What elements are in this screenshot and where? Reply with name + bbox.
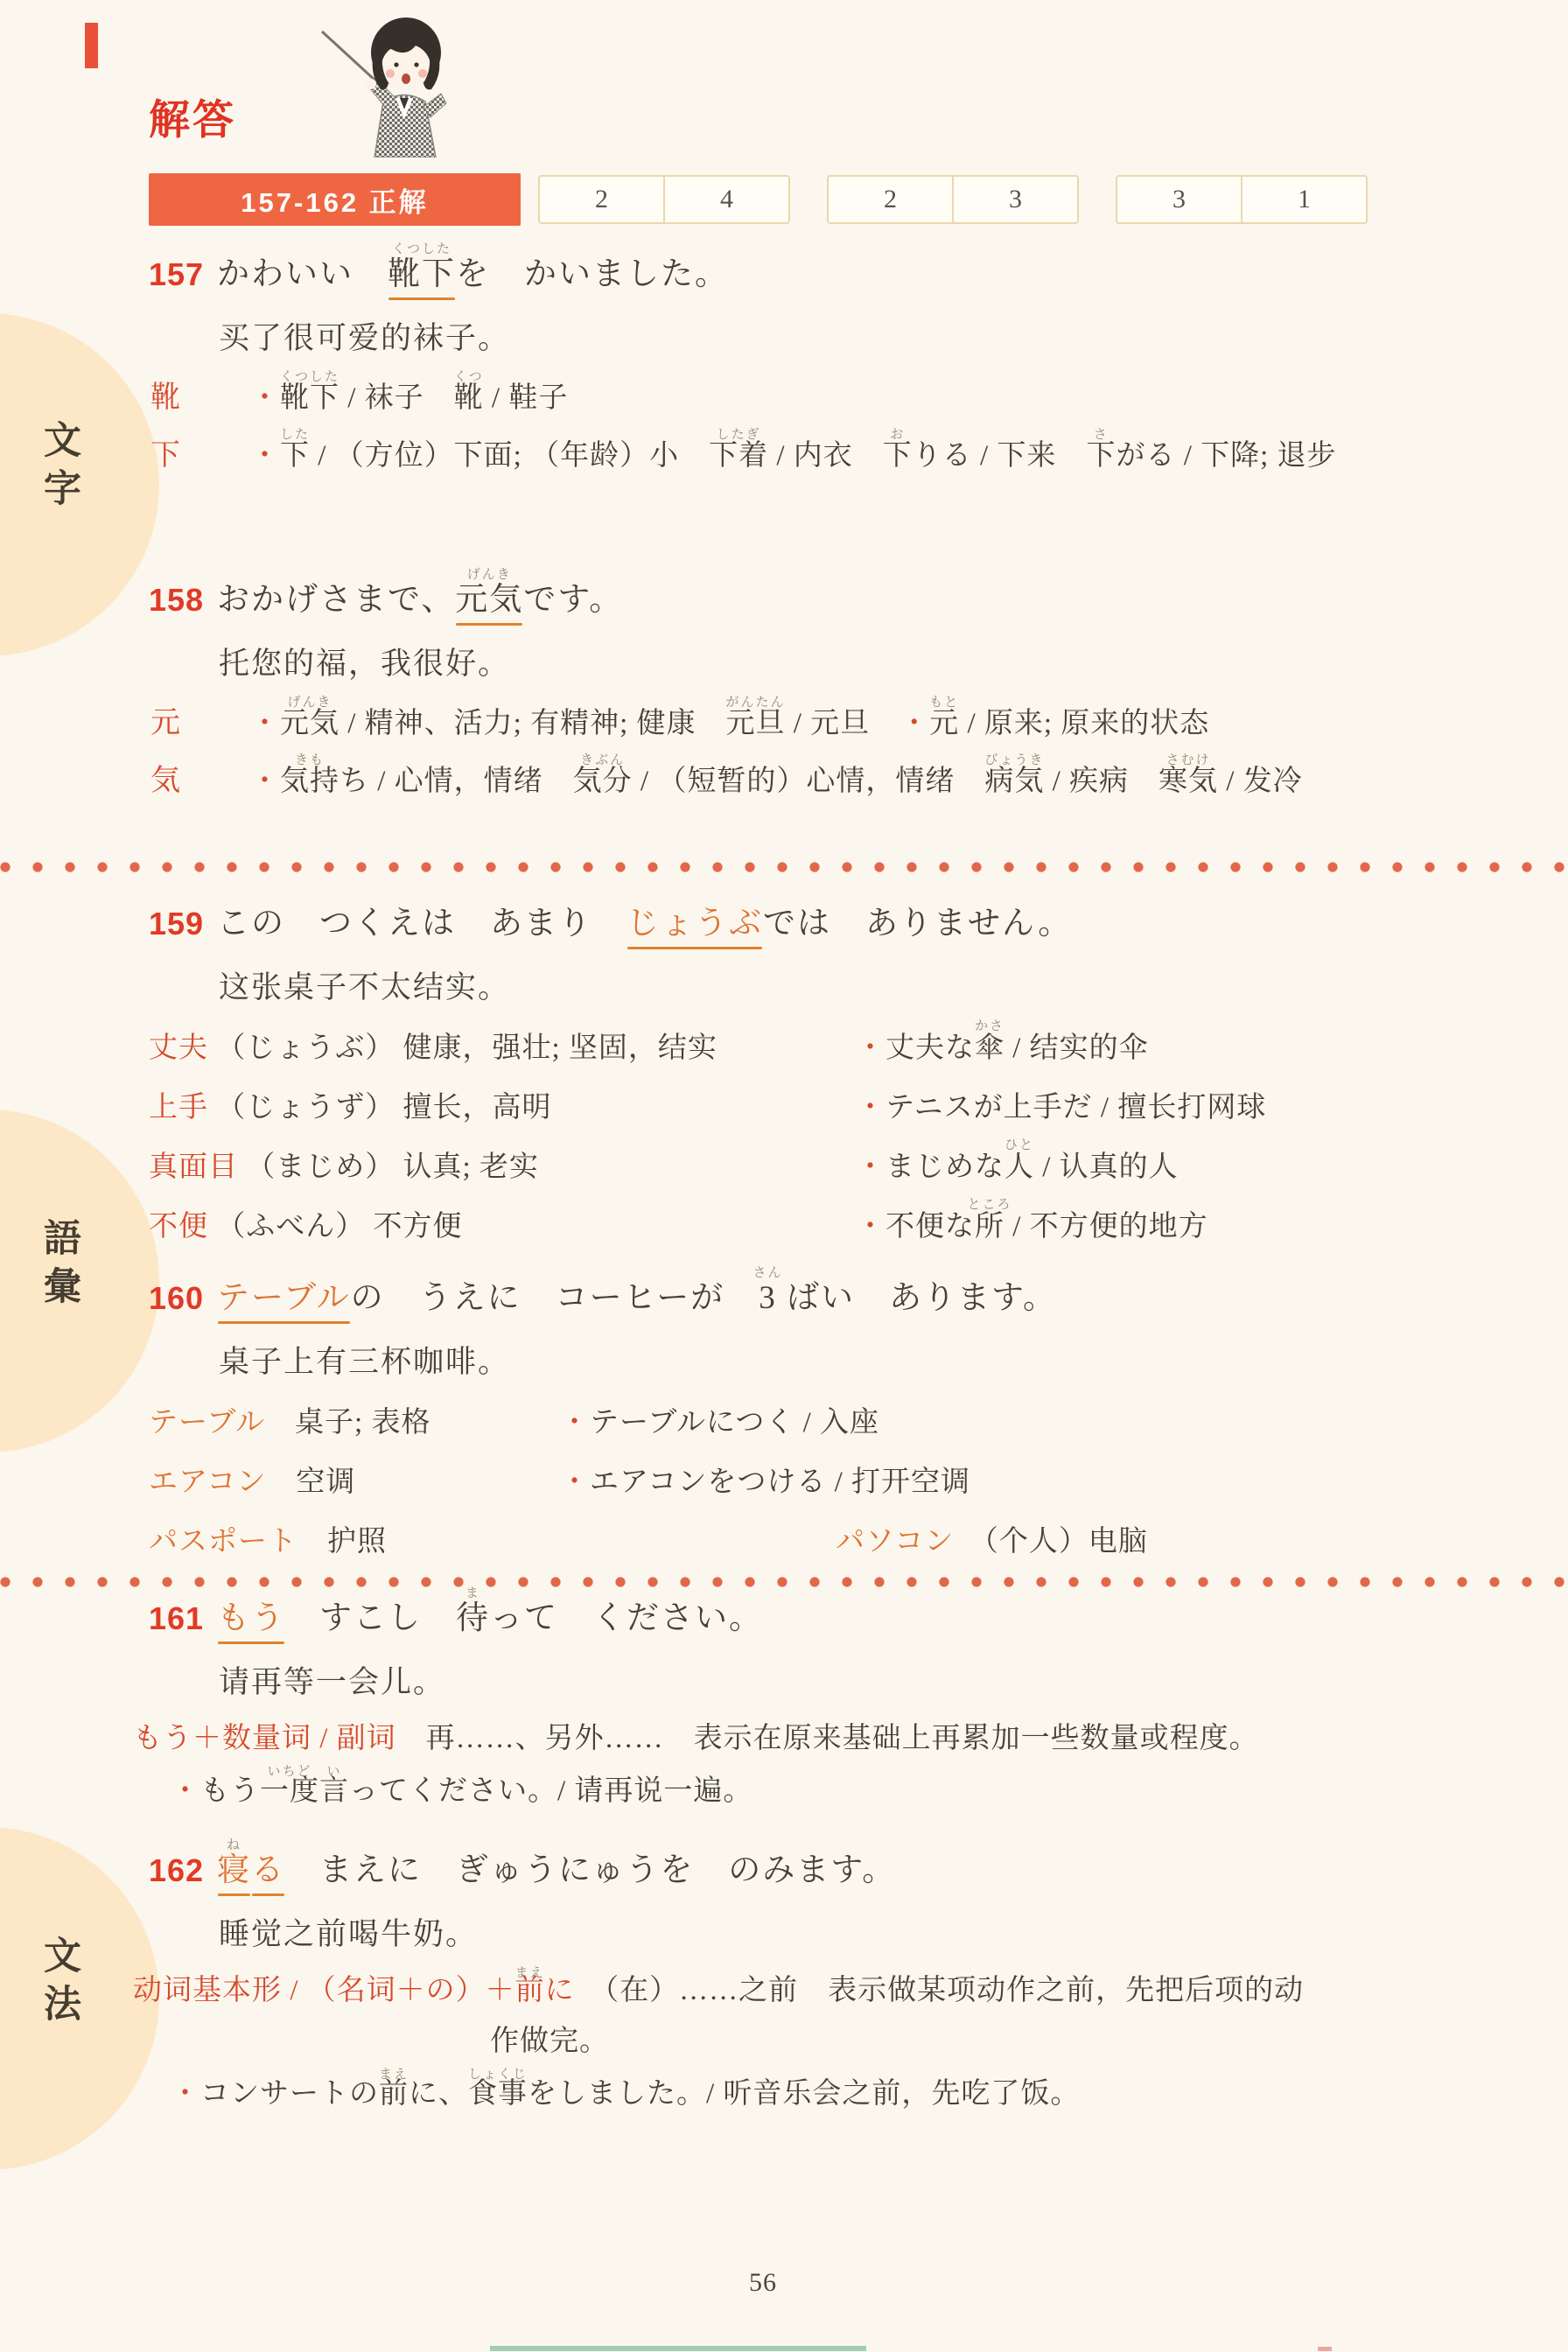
text-segment: エアコンをつける / 打开空调	[590, 1452, 970, 1512]
text-segment-with-furigana: しょくじ食事	[468, 2067, 528, 2121]
text-segment: 上手	[149, 1078, 208, 1137]
text-segment: に、	[409, 2067, 468, 2121]
text-row: 请再等一会儿。	[0, 1652, 1568, 1713]
text-segment: 托您的福，我很好。	[219, 633, 510, 695]
furigana: くつした	[280, 371, 339, 384]
furigana: いちど	[267, 1766, 311, 1779]
text-segment-with-furigana: い言	[319, 1764, 349, 1818]
text-segment: パソコン	[836, 1512, 954, 1571]
example-column: ・まじめなひと人 / 认真的人	[856, 1137, 1179, 1197]
answer-box-group: 31	[1116, 175, 1368, 224]
answer-section-161: 161もう すこし ま待って ください。请再等一会儿。もう＋数量词 / 副词 再…	[0, 1585, 1568, 1818]
text-segment: では ありません。	[763, 891, 1072, 957]
text-row: 元・げんき元気 / 精神、活力; 有精神; 健康 がんたん元旦 / 元旦 ・もと…	[0, 695, 1568, 752]
example-column: ・テニスが上手だ / 擅长打网球	[856, 1078, 1266, 1137]
text-row: もう＋数量词 / 副词 再……、另外…… 表示在原来基础上再累加一些数量或程度。	[0, 1713, 1568, 1764]
text-segment: / 原来; 原来的状态	[959, 695, 1209, 752]
text-segment: テーブル	[217, 1265, 351, 1332]
furigana: もと	[929, 696, 959, 710]
text-row: ・コンサートのまえ前に、しょくじ食事をしました。/ 听音乐会之前，先吃了饭。	[0, 2067, 1568, 2121]
text-row: 托您的福，我很好。	[0, 633, 1568, 695]
text-segment: / 袜子	[339, 369, 454, 427]
text-segment: の うえに コーヒーが	[351, 1265, 759, 1332]
text-segment: テニスが上手だ / 擅长打网球	[885, 1078, 1266, 1137]
text-segment: ・	[856, 1018, 885, 1078]
text-segment: 请再等一会儿。	[219, 1652, 445, 1713]
text-segment: 这张桌子不太结实。	[219, 957, 510, 1018]
furigana: びょうき	[984, 754, 1044, 767]
text-segment-with-furigana: ね寝	[217, 1837, 251, 1904]
text-row: 睡觉之前喝牛奶。	[0, 1904, 1568, 1965]
text-row: 下・した下 / （方位）下面; （年龄）小 したぎ下着 / 内衣 お下りる / …	[0, 427, 1568, 485]
text-row: 159この つくえは あまり じょうぶでは ありません。	[0, 891, 1568, 957]
teacher-illustration-icon	[308, 3, 496, 157]
text-segment: / 发冷	[1218, 752, 1303, 810]
page-bottom-strip	[490, 2346, 866, 2351]
text-row: 靴・くつした靴下 / 袜子 くつ靴 / 鞋子	[0, 369, 1568, 427]
example-column: ・テーブルにつく / 入座	[560, 1393, 879, 1452]
furigana: がんたん	[726, 696, 786, 710]
page-title: 解答	[149, 87, 236, 146]
text-segment: ・	[856, 1078, 885, 1137]
example-column: ・不便なところ所 / 不方便的地方	[856, 1197, 1208, 1256]
furigana: げんき	[287, 696, 332, 710]
text-segment: 空调	[266, 1452, 355, 1512]
text-segment-with-furigana: きぶん気分	[573, 752, 633, 810]
text-segment: 桌子上有三杯咖啡。	[219, 1332, 510, 1393]
text-row: 160テーブルの うえに コーヒーが さん3 ばい あります。	[0, 1265, 1568, 1332]
text-segment: 买了很可爱的袜子。	[219, 308, 510, 369]
text-segment: （个人）电脑	[954, 1512, 1148, 1571]
answer-box-group: 24	[538, 175, 790, 224]
text-segment: （まじめ） 认真; 老实	[238, 1137, 539, 1197]
answer-section-162: 162ね寝る まえに ぎゅうにゅうを のみます。睡觉之前喝牛奶。动词基本形 / …	[0, 1837, 1568, 2121]
text-segment: がる / 下降; 退步	[1116, 427, 1336, 485]
question-number: 162	[149, 1837, 204, 1904]
text-segment: まじめな	[885, 1137, 1004, 1197]
page-number: 56	[0, 2268, 1526, 2298]
text-segment: ち / 心情，情绪	[339, 752, 573, 810]
page-edge-red-mark	[85, 23, 98, 68]
text-segment: この つくえは あまり	[217, 891, 626, 957]
text-segment: / 内衣	[768, 427, 883, 485]
text-segment: 再……、另外…… 表示在原来基础上再累加一些数量或程度。	[396, 1713, 1259, 1764]
text-segment: テーブルにつく / 入座	[590, 1393, 879, 1452]
question-number: 158	[149, 567, 204, 633]
text-row: 丈夫 （じょうぶ） 健康，强壮; 坚固，结实・丈夫なかさ傘 / 结实的伞	[0, 1018, 1568, 1078]
answer-section-160: 160テーブルの うえに コーヒーが さん3 ばい あります。桌子上有三杯咖啡。…	[0, 1265, 1568, 1571]
furigana: さ	[1094, 429, 1109, 442]
text-segment-with-furigana: くつした靴下	[388, 241, 456, 308]
text-row: 桌子上有三杯咖啡。	[0, 1332, 1568, 1393]
text-segment: コンサートの	[200, 2067, 379, 2121]
furigana: かさ	[975, 1020, 1004, 1033]
furigana: した	[280, 429, 310, 442]
furigana: くつした	[392, 243, 451, 256]
furigana: しょくじ	[468, 2068, 528, 2082]
text-segment-with-furigana: ところ所	[975, 1197, 1004, 1256]
answer-section-158: 158おかげさまで、げんき元気です。托您的福，我很好。元・げんき元気 / 精神、…	[0, 567, 1568, 810]
text-segment: もう＋数量词 / 副词	[133, 1713, 396, 1764]
text-segment: / 元旦	[786, 695, 900, 752]
text-segment: ・	[250, 369, 280, 427]
text-row: パスポート 护照パソコン （个人）电脑	[0, 1512, 1568, 1571]
answer-section-157: 157かわいい くつした靴下を かいました。买了很可爱的袜子。靴・くつした靴下 …	[0, 241, 1568, 485]
answer-boxes: 242331	[538, 175, 1369, 224]
text-segment: 护照	[297, 1512, 387, 1571]
text-row: 这张桌子不太结实。	[0, 957, 1568, 1018]
text-row: 161もう すこし ま待って ください。	[0, 1585, 1568, 1652]
text-segment-with-furigana: ま待	[456, 1585, 490, 1652]
answer-value: 2	[540, 177, 663, 222]
text-segment: をしました。/ 听音乐会之前，先吃了饭。	[528, 2067, 1080, 2121]
page-bottom-mark	[1318, 2347, 1332, 2351]
answer-box-group: 23	[827, 175, 1079, 224]
text-segment: / 疾病	[1044, 752, 1158, 810]
furigana: げんき	[467, 569, 512, 582]
text-segment: / 精神、活力; 有精神; 健康	[339, 695, 726, 752]
kanji-entry-label: 靴	[150, 369, 181, 427]
text-segment: エアコン	[149, 1452, 266, 1512]
text-segment-with-furigana: ひと人	[1004, 1137, 1034, 1197]
answer-value: 3	[952, 177, 1077, 222]
text-segment-with-furigana: もと元	[929, 695, 959, 752]
text-row: 作做完。	[0, 2016, 1568, 2067]
text-segment: ばい あります。	[777, 1265, 1057, 1332]
text-segment: ・	[250, 695, 280, 752]
answer-value: 1	[1241, 177, 1366, 222]
kanji-entry-label: 元	[150, 695, 181, 752]
text-segment: おかげさまで、	[217, 567, 455, 633]
text-segment-with-furigana: くつ靴	[454, 369, 484, 427]
text-segment: ・	[171, 1764, 200, 1818]
furigana: い	[326, 1766, 341, 1779]
text-segment: 桌子; 表格	[265, 1393, 430, 1452]
text-row: 动词基本形 / （名词＋の）＋まえ前に （在）……之前 表示做某项动作之前，先把…	[0, 1965, 1568, 2016]
text-segment: すこし	[285, 1585, 456, 1652]
text-segment: （在）……之前 表示做某项动作之前，先把后项的动	[575, 1965, 1305, 2016]
text-segment: / （短暂的）心情，情绪	[633, 752, 985, 810]
answer-value: 2	[829, 177, 952, 222]
furigana: まえ	[379, 2068, 409, 2082]
text-row: 真面目 （まじめ） 认真; 老实・まじめなひと人 / 认真的人	[0, 1137, 1568, 1197]
text-segment-with-furigana: さ下	[1086, 427, 1116, 485]
text-segment: / 鞋子	[484, 369, 569, 427]
answer-section-159: 159この つくえは あまり じょうぶでは ありません。这张桌子不太结实。丈夫 …	[0, 891, 1568, 1256]
dotted-divider	[0, 862, 1568, 872]
example-column: ・丈夫なかさ傘 / 结实的伞	[856, 1018, 1149, 1078]
text-segment-with-furigana: いちど一度	[260, 1764, 319, 1818]
text-segment: 真面目	[149, 1137, 238, 1197]
text-segment: じょうぶ	[626, 891, 763, 957]
text-segment-with-furigana: がんたん元旦	[726, 695, 786, 752]
text-segment: 丈夫	[149, 1018, 208, 1078]
furigana: したぎ	[717, 429, 761, 442]
text-segment: ・	[560, 1393, 590, 1452]
text-row: 気・きも気持ち / 心情，情绪 きぶん気分 / （短暂的）心情，情绪 びょうき病…	[0, 752, 1568, 810]
text-segment: パスポート	[149, 1512, 297, 1571]
text-row: 158おかげさまで、げんき元気です。	[0, 567, 1568, 633]
text-segment: る	[251, 1837, 285, 1904]
text-row: 上手 （じょうず） 擅长，高明・テニスが上手だ / 擅长打网球	[0, 1078, 1568, 1137]
furigana: ひと	[1004, 1139, 1034, 1152]
kanji-entry-label: 気	[150, 752, 181, 810]
text-segment: ・	[171, 2067, 200, 2121]
furigana: お	[890, 429, 905, 442]
text-segment: / （方位）下面; （年龄）小	[310, 427, 709, 485]
text-segment: ・	[856, 1197, 885, 1256]
text-segment-with-furigana: びょうき病気	[984, 752, 1044, 810]
question-number: 159	[149, 891, 204, 957]
text-row: 买了很可爱的袜子。	[0, 308, 1568, 369]
text-segment-with-furigana: げんき元気	[455, 567, 523, 633]
text-segment: って ください。	[490, 1585, 763, 1652]
example-column: ・エアコンをつける / 打开空调	[560, 1452, 970, 1512]
text-segment-with-furigana: きも気持	[280, 752, 339, 810]
text-segment: 动词基本形 / （名词＋の）＋	[133, 1965, 515, 2016]
text-segment-with-furigana: したぎ下着	[709, 427, 768, 485]
text-segment-with-furigana: まえ前	[379, 2067, 409, 2121]
text-segment: ・	[560, 1452, 590, 1512]
text-segment-with-furigana: した下	[280, 427, 310, 485]
text-segment: ってください。/ 请再说一遍。	[349, 1764, 752, 1818]
text-row: ・もういちど一度い言ってください。/ 请再说一遍。	[0, 1764, 1568, 1818]
text-segment-with-furigana: お下	[883, 427, 913, 485]
furigana: きぶん	[580, 754, 625, 767]
text-row: エアコン 空调・エアコンをつける / 打开空调	[0, 1452, 1568, 1512]
question-number: 160	[149, 1265, 204, 1332]
text-segment: を かいました。	[456, 241, 729, 308]
text-segment: / 结实的伞	[1004, 1018, 1149, 1078]
text-segment: （じょうず） 擅长，高明	[208, 1078, 552, 1137]
answer-value: 4	[663, 177, 788, 222]
text-segment: ・	[899, 695, 929, 752]
example-column: パソコン （个人）电脑	[836, 1512, 1148, 1571]
text-segment: もう	[200, 1764, 260, 1818]
furigana: ね	[227, 1839, 241, 1852]
answer-range-banner: 157-162 正解	[149, 173, 521, 226]
text-segment: テーブル	[149, 1393, 265, 1452]
text-segment: まえに ぎゅうにゅうを のみます。	[285, 1837, 896, 1904]
text-segment: 不便	[149, 1197, 208, 1256]
text-segment-with-furigana: まえ前	[515, 1965, 545, 2016]
furigana: さむけ	[1166, 754, 1211, 767]
text-segment: 作做完。	[490, 2016, 609, 2067]
text-segment-with-furigana: げんき元気	[280, 695, 339, 752]
furigana: まえ	[515, 1967, 545, 1980]
text-segment: もう	[217, 1585, 285, 1652]
text-segment: / 认真的人	[1034, 1137, 1179, 1197]
text-segment: （ふべん） 不方便	[208, 1197, 463, 1256]
text-segment-with-furigana: かさ傘	[975, 1018, 1004, 1078]
text-segment: に	[545, 1965, 575, 2016]
text-segment: （じょうぶ） 健康，强壮; 坚固，结实	[208, 1018, 717, 1078]
text-segment: かわいい	[217, 241, 388, 308]
furigana: くつ	[454, 371, 484, 384]
text-segment: ・	[250, 427, 280, 485]
furigana: ま	[465, 1587, 480, 1600]
text-segment: 睡觉之前喝牛奶。	[219, 1904, 478, 1965]
text-segment-with-furigana: くつした靴下	[280, 369, 339, 427]
text-segment: 丈夫な	[885, 1018, 975, 1078]
text-segment: です。	[523, 567, 623, 633]
answer-value: 3	[1117, 177, 1241, 222]
kanji-entry-label: 下	[150, 427, 181, 485]
text-row: 不便 （ふべん） 不方便・不便なところ所 / 不方便的地方	[0, 1197, 1568, 1256]
text-segment: りる / 下来	[913, 427, 1087, 485]
text-segment-with-furigana: さん3	[759, 1265, 777, 1332]
question-number: 161	[149, 1585, 204, 1652]
furigana: きも	[295, 754, 325, 767]
text-segment: ・	[250, 752, 280, 810]
text-row: 162ね寝る まえに ぎゅうにゅうを のみます。	[0, 1837, 1568, 1904]
text-segment-with-furigana: さむけ寒気	[1158, 752, 1218, 810]
text-segment: / 不方便的地方	[1004, 1197, 1208, 1256]
text-segment: ・	[856, 1137, 885, 1197]
question-number: 157	[149, 241, 204, 308]
text-row: テーブル 桌子; 表格・テーブルにつく / 入座	[0, 1393, 1568, 1452]
text-segment: 不便な	[885, 1197, 975, 1256]
text-row: 157かわいい くつした靴下を かいました。	[0, 241, 1568, 308]
